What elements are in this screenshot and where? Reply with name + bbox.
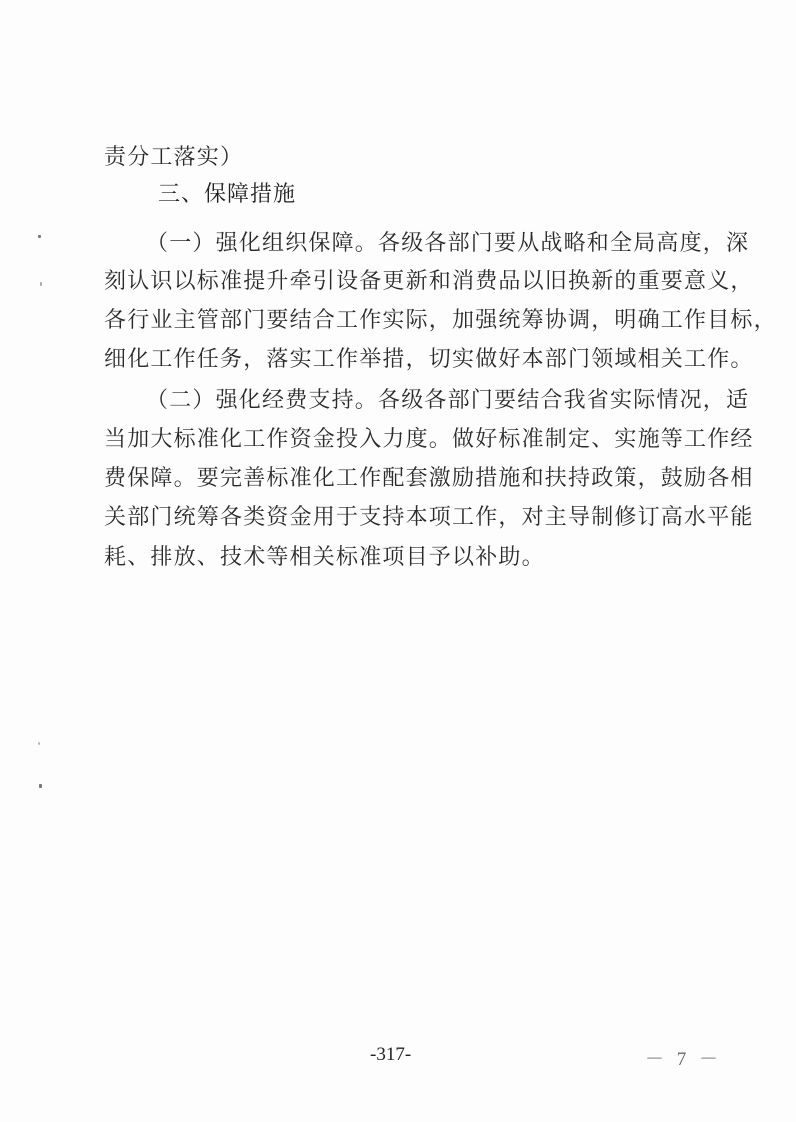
scan-mark <box>38 235 41 238</box>
section-heading-safeguards: 三、保障措施 <box>158 180 296 210</box>
page-number-center: -317- <box>370 1044 411 1066</box>
paragraph-1-line-1: （一）强化组织保障。各级各部门要从战略和全局高度，深 <box>146 229 749 259</box>
paragraph-2-line-2: 当加大标准化工作资金投入力度。做好标准制定、实施等工作经 <box>104 425 754 455</box>
paragraph-1-line-2: 刻认识以标准提升牵引设备更新和消费品以旧换新的重要意义， <box>104 267 754 297</box>
paragraph-1-line-4: 细化工作任务，落实工作举措，切实做好本部门领域相关工作。 <box>104 345 754 375</box>
paragraph-2-line-3: 费保障。要完善标准化工作配套激励措施和扶持政策，鼓励各相 <box>104 464 754 494</box>
text-line-continuation: 责分工落实） <box>104 143 243 173</box>
document-page: 责分工落实） 三、保障措施 （一）强化组织保障。各级各部门要从战略和全局高度，深… <box>0 0 796 1122</box>
paragraph-2-line-1: （二）强化经费支持。各级各部门要结合我省实际情况，适 <box>146 386 749 416</box>
paragraph-2-line-5: 耗、排放、技术等相关标准项目予以补助。 <box>104 543 545 573</box>
scan-mark <box>40 282 42 286</box>
paragraph-1-line-3: 各行业主管部门要结合工作实际，加强统筹协调，明确工作目标， <box>104 306 777 336</box>
paragraph-2-line-4: 关部门统筹各类资金用于支持本项工作，对主导制修订高水平能 <box>104 503 754 533</box>
scan-mark <box>39 784 42 788</box>
scan-mark <box>38 742 40 745</box>
page-number-right: － 7 － <box>645 1044 722 1071</box>
